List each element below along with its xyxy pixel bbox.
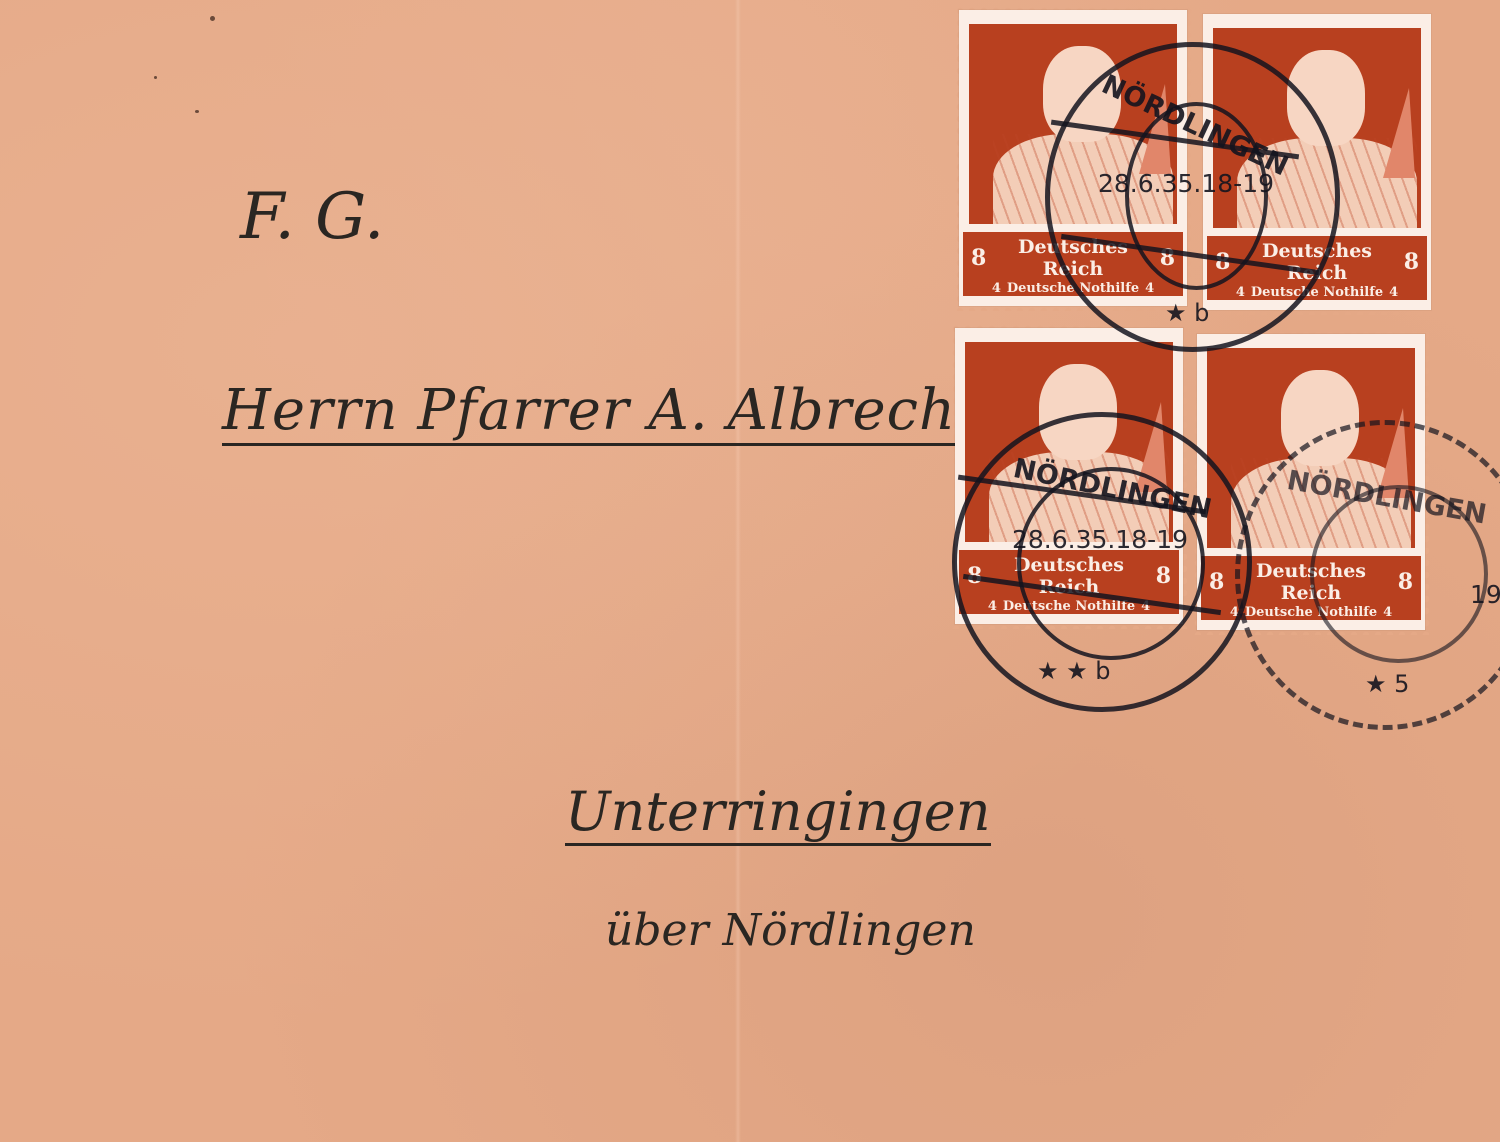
stamp-value: 8 xyxy=(1404,249,1419,275)
recipient-line: Herrn Pfarrer A. Albrecht xyxy=(222,378,980,446)
paper-speck xyxy=(195,110,199,113)
destination-town: Unterringingen xyxy=(565,780,991,846)
postmark-date: 28.6.35.18-19 xyxy=(1012,525,1188,554)
paper-speck xyxy=(154,76,157,79)
postmark: NÖRDLINGEN 28.6.35.18-19 ★ ★ b xyxy=(952,412,1252,712)
envelope-fold-line xyxy=(735,0,741,1142)
postmark-date: 19 xyxy=(1470,580,1500,609)
paper-speck xyxy=(210,16,215,21)
stamp-value: 8 xyxy=(971,245,986,271)
sender-note: F. G. xyxy=(240,180,384,254)
postmark-code: ★ b xyxy=(1165,299,1209,327)
destination-via: über Nördlingen xyxy=(605,905,976,956)
stamp-surcharge: 4 xyxy=(992,281,1001,296)
postmark-code: ★ ★ b xyxy=(1037,657,1111,685)
recipient-name: Herrn Pfarrer A. Albrecht xyxy=(222,378,980,443)
postmark: NÖRDLINGEN 28.6.35.18-19 ★ b xyxy=(1045,42,1340,352)
postmark-date: 28.6.35.18-19 xyxy=(1098,169,1274,198)
stamp-surcharge: 4 xyxy=(1389,285,1398,300)
postmark-code: ★ 5 xyxy=(1365,670,1409,698)
